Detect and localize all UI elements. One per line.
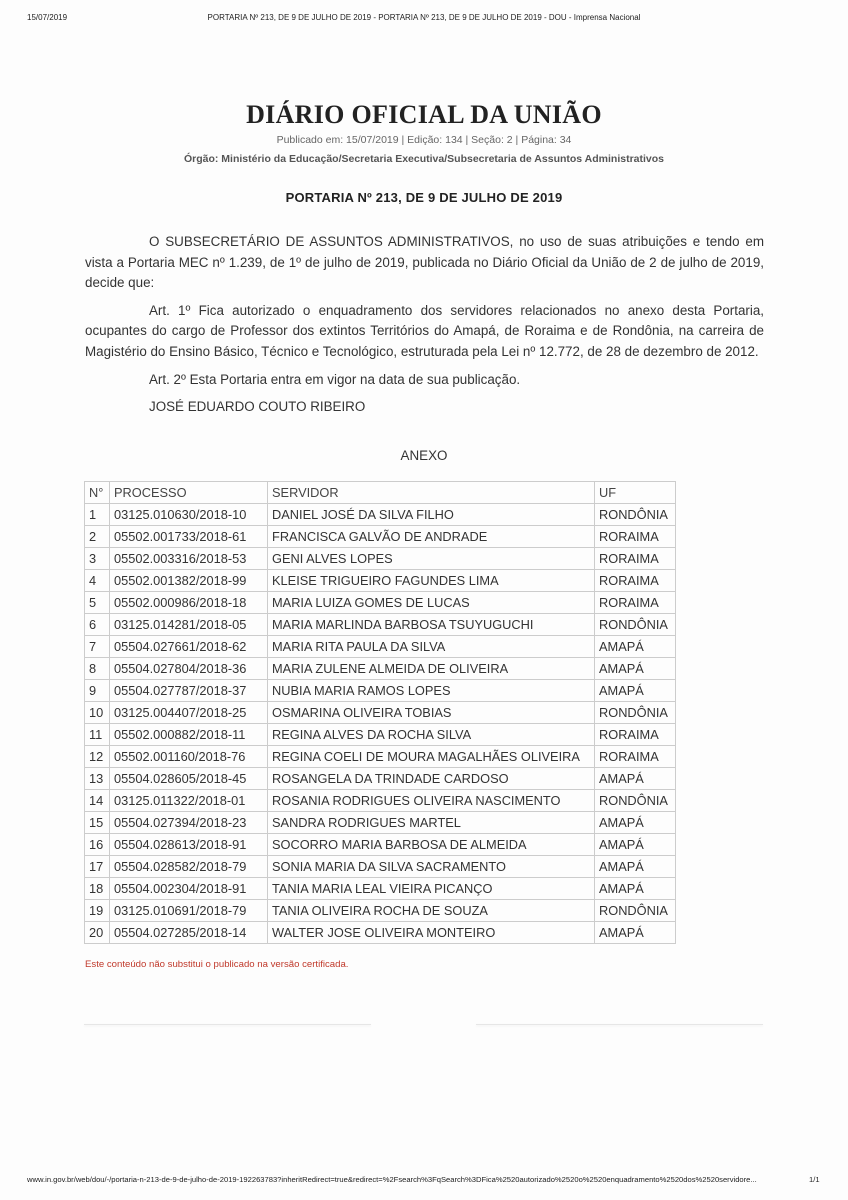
cell-row-number: 5 — [85, 592, 110, 614]
annex-table: N° PROCESSO SERVIDOR UF 103125.010630/20… — [84, 481, 676, 944]
cell-row-number: 19 — [85, 900, 110, 922]
cell-processo: 05504.027394/2018-23 — [110, 812, 268, 834]
cell-processo: 05504.028582/2018-79 — [110, 856, 268, 878]
cell-servidor: TANIA MARIA LEAL VIEIRA PICANÇO — [268, 878, 595, 900]
cell-row-number: 14 — [85, 790, 110, 812]
cell-row-number: 9 — [85, 680, 110, 702]
cell-servidor: SOCORRO MARIA BARBOSA DE ALMEIDA — [268, 834, 595, 856]
issuing-agency: Órgão: Ministério da Educação/Secretaria… — [0, 151, 848, 167]
cell-uf: AMAPÁ — [595, 680, 676, 702]
cell-row-number: 13 — [85, 768, 110, 790]
article-1-paragraph: Art. 1º Fica autorizado o enquadramento … — [85, 301, 764, 363]
table-row: 205502.001733/2018-61FRANCISCA GALVÃO DE… — [85, 526, 676, 548]
cell-servidor: FRANCISCA GALVÃO DE ANDRADE — [268, 526, 595, 548]
cell-uf: RORAIMA — [595, 526, 676, 548]
cell-processo: 05502.000882/2018-11 — [110, 724, 268, 746]
annex-title: ANEXO — [0, 448, 848, 463]
cell-row-number: 17 — [85, 856, 110, 878]
table-row: 905504.027787/2018-37NUBIA MARIA RAMOS L… — [85, 680, 676, 702]
cell-uf: RORAIMA — [595, 570, 676, 592]
cell-processo: 05502.001382/2018-99 — [110, 570, 268, 592]
cell-uf: RONDÔNIA — [595, 790, 676, 812]
print-page-title: PORTARIA Nº 213, DE 9 DE JULHO DE 2019 -… — [0, 13, 848, 22]
cell-processo: 05504.028605/2018-45 — [110, 768, 268, 790]
cell-servidor: MARIA MARLINDA BARBOSA TSUYUGUCHI — [268, 614, 595, 636]
cell-uf: RORAIMA — [595, 548, 676, 570]
cell-servidor: REGINA COELI DE MOURA MAGALHÃES OLIVEIRA — [268, 746, 595, 768]
cell-servidor: SANDRA RODRIGUES MARTEL — [268, 812, 595, 834]
cell-servidor: GENI ALVES LOPES — [268, 548, 595, 570]
table-row: 405502.001382/2018-99KLEISE TRIGUEIRO FA… — [85, 570, 676, 592]
cell-servidor: TANIA OLIVEIRA ROCHA DE SOUZA — [268, 900, 595, 922]
cell-uf: RORAIMA — [595, 746, 676, 768]
cell-uf: RORAIMA — [595, 592, 676, 614]
header-processo: PROCESSO — [110, 482, 268, 504]
certification-disclaimer: Este conteúdo não substitui o publicado … — [85, 959, 348, 970]
table-row: 103125.010630/2018-10DANIEL JOSÉ DA SILV… — [85, 504, 676, 526]
cell-processo: 03125.010630/2018-10 — [110, 504, 268, 526]
cell-servidor: KLEISE TRIGUEIRO FAGUNDES LIMA — [268, 570, 595, 592]
annex-table-body: 103125.010630/2018-10DANIEL JOSÉ DA SILV… — [85, 504, 676, 944]
cell-servidor: OSMARINA OLIVEIRA TOBIAS — [268, 702, 595, 724]
publication-info: Publicado em: 15/07/2019 | Edição: 134 |… — [0, 132, 848, 148]
cell-servidor: SONIA MARIA DA SILVA SACRAMENTO — [268, 856, 595, 878]
table-row: 1705504.028582/2018-79SONIA MARIA DA SIL… — [85, 856, 676, 878]
header-servidor: SERVIDOR — [268, 482, 595, 504]
cell-uf: RONDÔNIA — [595, 900, 676, 922]
cell-servidor: MARIA LUIZA GOMES DE LUCAS — [268, 592, 595, 614]
print-header: 15/07/2019 PORTARIA Nº 213, DE 9 DE JULH… — [0, 13, 848, 27]
header-number: N° — [85, 482, 110, 504]
cell-uf: AMAPÁ — [595, 768, 676, 790]
cell-servidor: WALTER JOSE OLIVEIRA MONTEIRO — [268, 922, 595, 944]
print-url: www.in.gov.br/web/dou/-/portaria-n-213-d… — [27, 1175, 757, 1184]
cell-servidor: NUBIA MARIA RAMOS LOPES — [268, 680, 595, 702]
cell-processo: 03125.011322/2018-01 — [110, 790, 268, 812]
table-row: 705504.027661/2018-62MARIA RITA PAULA DA… — [85, 636, 676, 658]
cell-row-number: 15 — [85, 812, 110, 834]
cell-row-number: 10 — [85, 702, 110, 724]
cell-row-number: 1 — [85, 504, 110, 526]
table-row: 1305504.028605/2018-45ROSANGELA DA TRIND… — [85, 768, 676, 790]
table-row: 805504.027804/2018-36MARIA ZULENE ALMEID… — [85, 658, 676, 680]
cell-processo: 05504.002304/2018-91 — [110, 878, 268, 900]
cell-row-number: 8 — [85, 658, 110, 680]
table-row: 1205502.001160/2018-76REGINA COELI DE MO… — [85, 746, 676, 768]
cell-processo: 05504.028613/2018-91 — [110, 834, 268, 856]
cell-servidor: DANIEL JOSÉ DA SILVA FILHO — [268, 504, 595, 526]
cell-uf: AMAPÁ — [595, 658, 676, 680]
masthead: DIÁRIO OFICIAL DA UNIÃO Publicado em: 15… — [0, 100, 848, 167]
article-2-paragraph: Art. 2º Esta Portaria entra em vigor na … — [85, 370, 764, 391]
cell-row-number: 11 — [85, 724, 110, 746]
cell-servidor: REGINA ALVES DA ROCHA SILVA — [268, 724, 595, 746]
cell-processo: 05504.027787/2018-37 — [110, 680, 268, 702]
footer-divider-right — [476, 1024, 763, 1025]
cell-row-number: 4 — [85, 570, 110, 592]
cell-row-number: 20 — [85, 922, 110, 944]
table-row: 603125.014281/2018-05MARIA MARLINDA BARB… — [85, 614, 676, 636]
cell-servidor: ROSANGELA DA TRINDADE CARDOSO — [268, 768, 595, 790]
cell-processo: 05502.000986/2018-18 — [110, 592, 268, 614]
footer-divider-left — [84, 1024, 371, 1025]
cell-uf: RONDÔNIA — [595, 504, 676, 526]
cell-processo: 05502.001733/2018-61 — [110, 526, 268, 548]
cell-servidor: MARIA ZULENE ALMEIDA DE OLIVEIRA — [268, 658, 595, 680]
table-row: 305502.003316/2018-53GENI ALVES LOPESROR… — [85, 548, 676, 570]
preamble-paragraph: O SUBSECRETÁRIO DE ASSUNTOS ADMINISTRATI… — [85, 232, 764, 294]
cell-processo: 05502.001160/2018-76 — [110, 746, 268, 768]
table-header-row: N° PROCESSO SERVIDOR UF — [85, 482, 676, 504]
table-row: 1605504.028613/2018-91SOCORRO MARIA BARB… — [85, 834, 676, 856]
cell-row-number: 3 — [85, 548, 110, 570]
table-row: 1505504.027394/2018-23SANDRA RODRIGUES M… — [85, 812, 676, 834]
cell-uf: AMAPÁ — [595, 878, 676, 900]
cell-uf: RONDÔNIA — [595, 614, 676, 636]
cell-uf: AMAPÁ — [595, 834, 676, 856]
cell-processo: 03125.014281/2018-05 — [110, 614, 268, 636]
cell-uf: AMAPÁ — [595, 922, 676, 944]
table-row: 1903125.010691/2018-79TANIA OLIVEIRA ROC… — [85, 900, 676, 922]
header-uf: UF — [595, 482, 676, 504]
signature: JOSÉ EDUARDO COUTO RIBEIRO — [85, 397, 764, 418]
table-row: 1105502.000882/2018-11REGINA ALVES DA RO… — [85, 724, 676, 746]
table-row: 1003125.004407/2018-25OSMARINA OLIVEIRA … — [85, 702, 676, 724]
cell-row-number: 7 — [85, 636, 110, 658]
cell-uf: AMAPÁ — [595, 856, 676, 878]
cell-processo: 03125.004407/2018-25 — [110, 702, 268, 724]
cell-row-number: 2 — [85, 526, 110, 548]
cell-row-number: 16 — [85, 834, 110, 856]
cell-processo: 05502.003316/2018-53 — [110, 548, 268, 570]
print-page-number: 1/1 — [809, 1175, 820, 1184]
table-row: 505502.000986/2018-18MARIA LUIZA GOMES D… — [85, 592, 676, 614]
table-row: 2005504.027285/2018-14WALTER JOSE OLIVEI… — [85, 922, 676, 944]
document-title: PORTARIA Nº 213, DE 9 DE JULHO DE 2019 — [0, 190, 848, 205]
cell-uf: RONDÔNIA — [595, 702, 676, 724]
cell-servidor: ROSANIA RODRIGUES OLIVEIRA NASCIMENTO — [268, 790, 595, 812]
cell-uf: RORAIMA — [595, 724, 676, 746]
cell-row-number: 6 — [85, 614, 110, 636]
table-row: 1403125.011322/2018-01ROSANIA RODRIGUES … — [85, 790, 676, 812]
publication-title: DIÁRIO OFICIAL DA UNIÃO — [0, 100, 848, 130]
cell-uf: AMAPÁ — [595, 636, 676, 658]
document-body: O SUBSECRETÁRIO DE ASSUNTOS ADMINISTRATI… — [85, 232, 764, 425]
cell-row-number: 12 — [85, 746, 110, 768]
cell-uf: AMAPÁ — [595, 812, 676, 834]
cell-processo: 05504.027804/2018-36 — [110, 658, 268, 680]
cell-row-number: 18 — [85, 878, 110, 900]
cell-servidor: MARIA RITA PAULA DA SILVA — [268, 636, 595, 658]
cell-processo: 05504.027661/2018-62 — [110, 636, 268, 658]
table-row: 1805504.002304/2018-91TANIA MARIA LEAL V… — [85, 878, 676, 900]
cell-processo: 05504.027285/2018-14 — [110, 922, 268, 944]
cell-processo: 03125.010691/2018-79 — [110, 900, 268, 922]
